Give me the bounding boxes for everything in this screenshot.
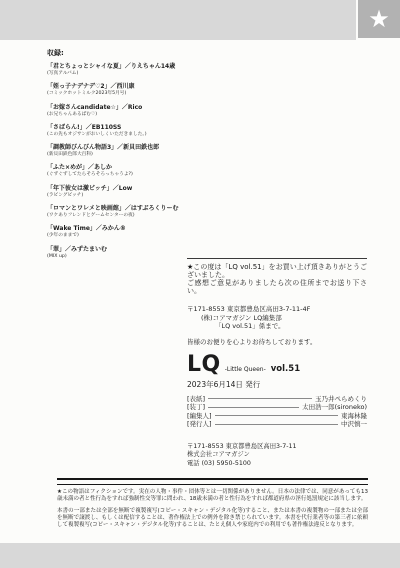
reader-thanks-note: ★この度は「LQ vol.51」をお買い上げ頂きありがとうございました。 <box>187 263 367 279</box>
toc-item-title: 「さばらん!」／EB110SS <box>47 124 202 132</box>
fiction-disclaimer-text: ★この物語はフィクションです。実在の人物・事件・団体等とは一切関係がありません。… <box>57 489 368 503</box>
editorial-address-line2: (株)コアマガジン LQ編集部 <box>187 314 367 323</box>
credits-list: [表紙] 玉乃井ぺらめくり [装丁] 太田浩一郎(sironeko) [編集人]… <box>187 395 367 429</box>
toc-item-title: 「年下彼女は激ビッチ」／Low <box>47 185 202 193</box>
credit-role: [編集人] <box>187 412 212 421</box>
credit-row: [表紙] 玉乃井ぺらめくり <box>187 395 367 404</box>
credit-leader-line <box>208 398 312 399</box>
toc-item: 「お嫁さんcandidate☆」／Rico (お兄ちゃんあるばむ♡) <box>47 104 202 118</box>
toc-item-title: 「お嫁さんcandidate☆」／Rico <box>47 104 202 112</box>
star-icon: ★ <box>368 7 390 31</box>
toc-item: 「調教師びんびん物語3」／新貝田鉄也郎 (新貝田鉄色郎大百科) <box>47 144 202 158</box>
double-divider-line <box>57 478 368 485</box>
magazine-subtitle: -Little Queen- <box>225 366 266 373</box>
toc-item-note: (ぐずぐずしてたらそろそろっちゃうよ?) <box>47 172 202 178</box>
copyright-disclaimer-text: 本書の一部または全部を無断で複製複写(コピー・スキャン・デジタル化等)すること、… <box>57 508 368 529</box>
publisher-phone: 電話 (03) 5950-5100 <box>187 460 367 469</box>
toc-item-note: (ワケありフレンドとゲームセンターの夜) <box>47 213 202 219</box>
magazine-colophon-page: ★ 収録: 「君とちょっとシャイな夏」／りえちゃん14歳 (写真アルバム) 「姪… <box>0 0 400 568</box>
toc-item-note: (この先もオジサンがおいしくいただきました。) <box>47 132 202 138</box>
top-gray-band <box>0 0 400 40</box>
toc-item: 「Wake Time」／みかん® (少年のままで) <box>47 225 202 239</box>
credit-name: 中沢慎一 <box>341 420 367 429</box>
credit-row: [編集人] 東海林隆 <box>187 412 367 421</box>
publisher-block: 〒171-8553 東京都豊島区高田3-7-11 株式会社コアマガジン 電話 (… <box>187 443 367 469</box>
magazine-logo: LQ <box>187 354 221 376</box>
toc-item: 「さばらん!」／EB110SS (この先もオジサンがおいしくいただきました。) <box>47 124 202 138</box>
issue-date: 2023年6月14日 発行 <box>187 379 367 390</box>
table-of-contents: 収録: 「君とちょっとシャイな夏」／りえちゃん14歳 (写真アルバム) 「姪っ子… <box>47 48 202 266</box>
star-badge: ★ <box>356 0 400 40</box>
toc-item-note: (MIX up) <box>47 254 202 260</box>
editorial-address-line1: 〒171-8553 東京都豊島区高田3-7-11-4F <box>187 305 367 314</box>
toc-item: 「ふた×めが」／あしか (ぐずぐずしてたらそろそろっちゃうよ?) <box>47 164 202 178</box>
credit-name: 太田浩一郎(sironeko) <box>302 403 367 412</box>
publisher-address: 〒171-8553 東京都豊島区高田3-7-11 <box>187 443 367 452</box>
reader-closing-note: 皆様のお便りを心よりお待ちしております。 <box>187 338 367 346</box>
magazine-logo-row: LQ -Little Queen- vol.51 <box>187 354 367 376</box>
toc-item: 「君とちょっとシャイな夏」／りえちゃん14歳 (写真アルバム) <box>47 63 202 77</box>
credit-row: [装丁] 太田浩一郎(sironeko) <box>187 403 367 412</box>
credit-role: [装丁] <box>187 403 205 412</box>
credit-leader-line <box>215 415 338 416</box>
bottom-gray-band <box>0 543 400 568</box>
credit-leader-line <box>208 407 299 408</box>
reader-request-note: ご感想ご意見がありましたら次の住所までお送り下さい。 <box>187 279 367 295</box>
toc-item-note: (新貝田鉄色郎大百科) <box>47 152 202 158</box>
editorial-address-block: 〒171-8553 東京都豊島区高田3-7-11-4F (株)コアマガジン LQ… <box>187 305 367 331</box>
credit-role: [表紙] <box>187 395 205 404</box>
publisher-name: 株式会社コアマガジン <box>187 451 367 460</box>
magazine-volume: vol.51 <box>271 364 300 374</box>
toc-item-note: (お兄ちゃんあるばむ♡) <box>47 112 202 118</box>
credit-name: 東海林隆 <box>341 412 367 421</box>
legal-disclaimer: ★この物語はフィクションです。実在の人物・事件・団体等とは一切関係がありません。… <box>57 478 368 529</box>
credit-row: [発行人] 中沢慎一 <box>187 420 367 429</box>
toc-item-title: 「君とちょっとシャイな夏」／りえちゃん14歳 <box>47 63 202 71</box>
toc-item-title: 「翠」／みずたまいむ <box>47 246 202 254</box>
toc-item-title: 「調教師びんびん物語3」／新貝田鉄也郎 <box>47 144 202 152</box>
toc-item: 「翠」／みずたまいむ (MIX up) <box>47 246 202 260</box>
toc-item-note: (ラビングビッチ) <box>47 193 202 199</box>
toc-item-title: 「ロマンとワレメと映画館」／はすぶろくりーむ <box>47 205 202 213</box>
toc-item-note: (写真アルバム) <box>47 71 202 77</box>
toc-item-note: (コミックホットミルク2023年5月号) <box>47 91 202 97</box>
toc-item: 「姪っ子ナデナデ♡2」／西川康 (コミックホットミルク2023年5月号) <box>47 83 202 97</box>
credit-name: 玉乃井ぺらめくり <box>315 395 367 404</box>
toc-heading: 収録: <box>47 48 202 58</box>
credit-leader-line <box>215 424 338 425</box>
toc-item-note: (少年のままで) <box>47 233 202 239</box>
credit-role: [発行人] <box>187 420 212 429</box>
divider-line <box>187 258 367 259</box>
toc-item: 「年下彼女は激ビッチ」／Low (ラビングビッチ) <box>47 185 202 199</box>
toc-item: 「ロマンとワレメと映画館」／はすぶろくりーむ (ワケありフレンドとゲームセンター… <box>47 205 202 219</box>
editorial-address-line3: 「LQ vol.51」係まで。 <box>187 322 367 331</box>
colophon-column: ★この度は「LQ vol.51」をお買い上げ頂きありがとうございました。 ご感想… <box>187 258 367 468</box>
